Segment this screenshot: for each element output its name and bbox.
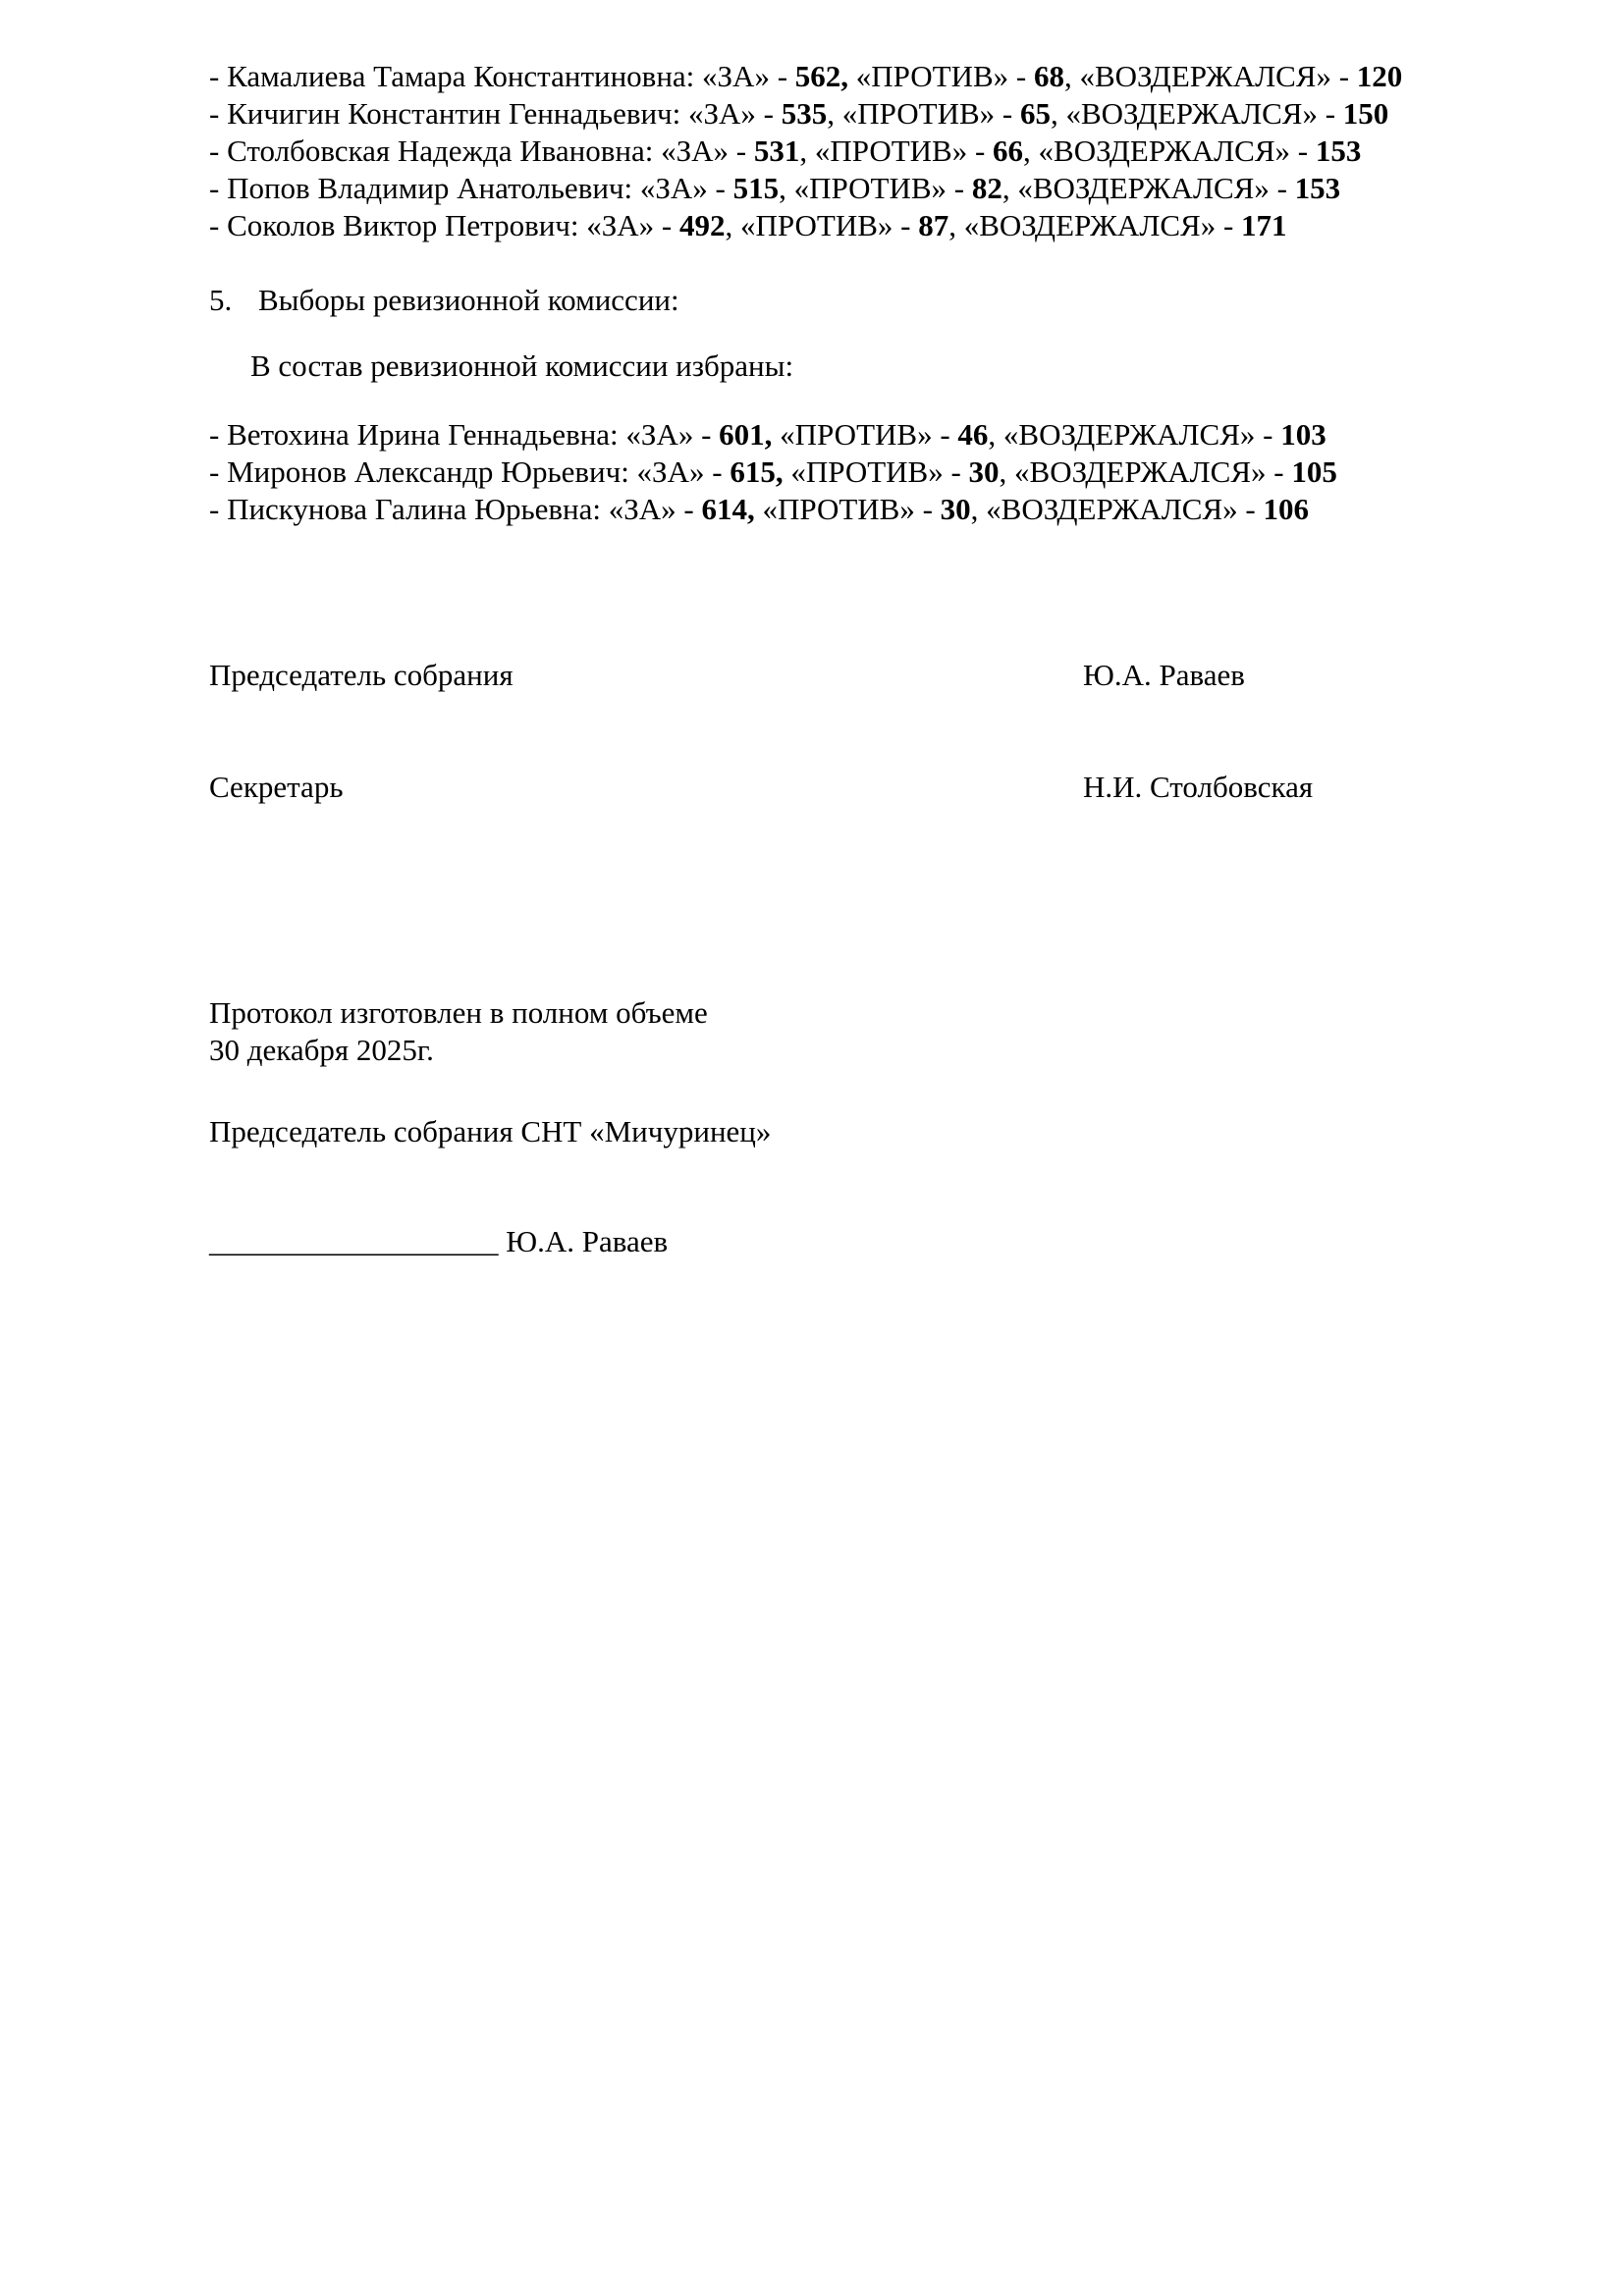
commission-intro-text: В состав ревизионной комиссии избраны:: [250, 347, 793, 385]
signature-role-chairman: Председатель собрания: [209, 657, 514, 694]
candidate-label: - Камалиева Тамара Константиновна: «ЗА» …: [209, 59, 795, 93]
signature-blank-line: ___________________: [209, 1224, 499, 1258]
signature-name-chairman: Ю.А. Раваев: [1083, 657, 1245, 694]
document-page: - Камалиева Тамара Константиновна: «ЗА» …: [0, 0, 1624, 2296]
footer-signature-line: ___________________ Ю.А. Раваев: [209, 1223, 668, 1260]
candidate-label: - Миронов Александр Юрьевич: «ЗА» -: [209, 454, 730, 489]
candidate-label: - Ветохина Ирина Геннадьевна: «ЗА» -: [209, 417, 719, 452]
votes-abstained-value: 153: [1295, 171, 1341, 205]
abstained-label: , «ВОЗДЕРЖАЛСЯ» -: [948, 208, 1241, 242]
protocol-made-line: Протокол изготовлен в полном объеме: [209, 994, 708, 1032]
against-label: «ПРОТИВ» -: [848, 59, 1034, 93]
votes-against-value: 46: [957, 417, 988, 452]
section-title: Выборы ревизионной комиссии:: [258, 283, 679, 317]
footer-chairman-title: Председатель собрания СНТ «Мичуринец»: [209, 1113, 771, 1150]
vote-result-line: - Попов Владимир Анатольевич: «ЗА» - 515…: [209, 170, 1402, 207]
against-label: «ПРОТИВ» -: [755, 492, 941, 526]
votes-against-value: 30: [969, 454, 1000, 489]
signature-role-secretary: Секретарь: [209, 769, 343, 806]
vote-result-line: - Пискунова Галина Юрьевна: «ЗА» - 614, …: [209, 491, 1337, 528]
votes-abstained-value: 171: [1241, 208, 1287, 242]
votes-against-value: 65: [1020, 96, 1051, 131]
vote-result-line: - Кичигин Константин Геннадьевич: «ЗА» -…: [209, 95, 1402, 133]
candidate-label: - Соколов Виктор Петрович: «ЗА» -: [209, 208, 679, 242]
candidate-label: - Кичигин Константин Геннадьевич: «ЗА» -: [209, 96, 782, 131]
candidate-label: - Попов Владимир Анатольевич: «ЗА» -: [209, 171, 733, 205]
abstained-label: , «ВОЗДЕРЖАЛСЯ» -: [1023, 133, 1316, 168]
against-label: «ПРОТИВ» -: [784, 454, 969, 489]
votes-against-value: 30: [941, 492, 971, 526]
against-label: «ПРОТИВ» -: [772, 417, 957, 452]
protocol-made-note: Протокол изготовлен в полном объеме 30 д…: [209, 994, 708, 1069]
abstained-label: , «ВОЗДЕРЖАЛСЯ» -: [1051, 96, 1343, 131]
vote-result-line: - Миронов Александр Юрьевич: «ЗА» - 615,…: [209, 454, 1337, 491]
votes-for-value: 535: [782, 96, 828, 131]
votes-for-value: 515: [733, 171, 780, 205]
abstained-label: , «ВОЗДЕРЖАЛСЯ» -: [971, 492, 1264, 526]
against-label: , «ПРОТИВ» -: [779, 171, 972, 205]
votes-abstained-value: 150: [1343, 96, 1389, 131]
votes-abstained-value: 153: [1316, 133, 1362, 168]
votes-against-value: 66: [993, 133, 1023, 168]
vote-result-line: - Столбовская Надежда Ивановна: «ЗА» - 5…: [209, 133, 1402, 170]
votes-against-value: 68: [1034, 59, 1064, 93]
abstained-label: , «ВОЗДЕРЖАЛСЯ» -: [1002, 171, 1295, 205]
votes-for-value: 562,: [795, 59, 848, 93]
votes-for-value: 615,: [730, 454, 783, 489]
votes-against-value: 87: [918, 208, 948, 242]
votes-abstained-value: 120: [1357, 59, 1403, 93]
against-label: , «ПРОТИВ» -: [799, 133, 993, 168]
candidate-label: - Пискунова Галина Юрьевна: «ЗА» -: [209, 492, 701, 526]
section-heading: 5.Выборы ревизионной комиссии:: [209, 282, 679, 319]
votes-for-value: 492: [679, 208, 726, 242]
abstained-label: , «ВОЗДЕРЖАЛСЯ» -: [1064, 59, 1357, 93]
protocol-date-line: 30 декабря 2025г.: [209, 1032, 708, 1069]
vote-results-list-commission: - Ветохина Ирина Геннадьевна: «ЗА» - 601…: [209, 416, 1337, 528]
votes-against-value: 82: [972, 171, 1002, 205]
votes-abstained-value: 106: [1263, 492, 1309, 526]
footer-signature-name: Ю.А. Раваев: [499, 1224, 669, 1258]
votes-for-value: 531: [754, 133, 800, 168]
votes-for-value: 614,: [701, 492, 754, 526]
votes-abstained-value: 103: [1280, 417, 1326, 452]
votes-abstained-value: 105: [1291, 454, 1337, 489]
vote-result-line: - Соколов Виктор Петрович: «ЗА» - 492, «…: [209, 207, 1402, 244]
abstained-label: , «ВОЗДЕРЖАЛСЯ» -: [988, 417, 1280, 452]
against-label: , «ПРОТИВ» -: [726, 208, 919, 242]
candidate-label: - Столбовская Надежда Ивановна: «ЗА» -: [209, 133, 754, 168]
abstained-label: , «ВОЗДЕРЖАЛСЯ» -: [1000, 454, 1292, 489]
vote-result-line: - Ветохина Ирина Геннадьевна: «ЗА» - 601…: [209, 416, 1337, 454]
votes-for-value: 601,: [719, 417, 772, 452]
vote-result-line: - Камалиева Тамара Константиновна: «ЗА» …: [209, 58, 1402, 95]
section-number: 5.: [209, 282, 258, 319]
signature-name-secretary: Н.И. Столбовская: [1083, 769, 1313, 806]
vote-results-list-board: - Камалиева Тамара Константиновна: «ЗА» …: [209, 58, 1402, 244]
against-label: , «ПРОТИВ» -: [827, 96, 1020, 131]
